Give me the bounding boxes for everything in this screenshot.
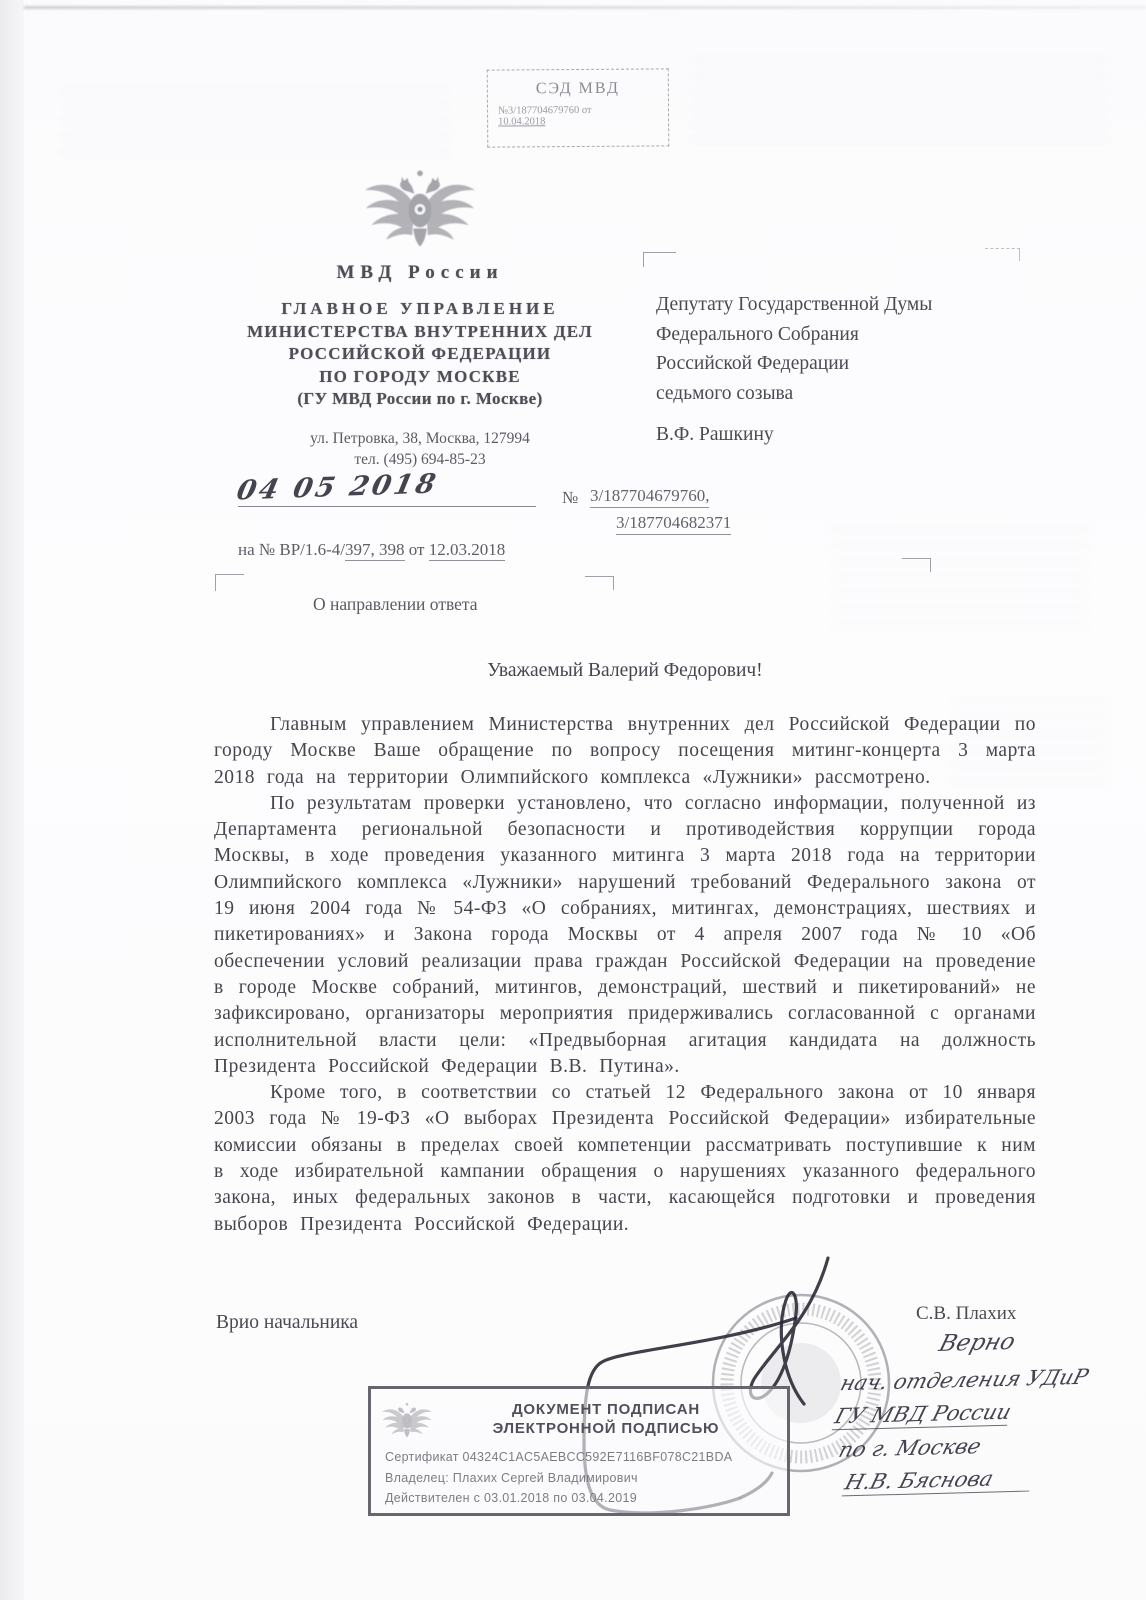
- sed-stamp-date: 10.04.2018: [488, 115, 668, 127]
- scan-edge-strip: [0, 0, 24, 1600]
- recipient-line: Федерального Собрания: [656, 320, 1016, 350]
- esign-title: ДОКУМЕНТ ПОДПИСАН ЭЛЕКТРОННОЙ ПОДПИСЬЮ: [435, 1400, 777, 1438]
- reply-ot: от: [405, 540, 429, 559]
- outgoing-number-1: 3/187704679760,: [590, 486, 709, 508]
- sed-registration-stamp: СЭД МВД №3/187704679760 от 10.04.2018: [487, 68, 670, 147]
- recipient-line: седьмого созыва: [656, 379, 1016, 409]
- reply-to-reference: на № ВР/1.6-4/397, 398 от 12.03.2018: [238, 540, 505, 560]
- esign-owner: Владелец: Плахих Сергей Владимирович: [385, 1468, 777, 1489]
- mvd-eagle-emblem-icon: [358, 158, 482, 254]
- letterhead-line: (ГУ МВД России по г. Москве): [200, 388, 640, 411]
- letterhead-line: РОССИЙСКОЙ ФЕДЕРАЦИИ: [200, 343, 640, 366]
- corner-mark: [643, 252, 676, 267]
- handwritten-date-field: 04 05 2018: [238, 472, 536, 507]
- outgoing-number-label: №: [562, 488, 578, 508]
- handwritten-note-line: ГУ МВД России: [832, 1400, 1014, 1431]
- signer-name: С.В. Плахих: [916, 1303, 1016, 1325]
- esign-certificate: Сертификат 04324C1AC5AEBCC592E7116BF078C…: [385, 1447, 777, 1468]
- bleedthrough-smudge: [60, 88, 450, 158]
- corner-mark: [902, 558, 931, 572]
- esign-title-line1: ДОКУМЕНТ ПОДПИСАН: [435, 1400, 777, 1419]
- recipient-line: Российской Федерации: [656, 349, 1016, 379]
- body-paragraph-3: Кроме того, в соответствии со статьей 12…: [214, 1080, 1036, 1238]
- reply-prefix: на № ВР/1.6-4/: [238, 540, 345, 559]
- outgoing-number-2: 3/187704682371: [616, 513, 731, 535]
- sed-stamp-title: СЭД МВД: [488, 79, 668, 98]
- letterhead-line: ПО ГОРОДУ МОСКВЕ: [200, 366, 640, 389]
- reply-numbers: 397, 398: [345, 540, 405, 561]
- letterhead-phone: тел. (495) 694-85-23: [200, 449, 640, 470]
- esign-details: Сертификат 04324C1AC5AEBCC592E7116BF078C…: [371, 1443, 787, 1509]
- letter-body: Главным управлением Министерства внутрен…: [214, 712, 1036, 1238]
- electronic-signature-box: ДОКУМЕНТ ПОДПИСАН ЭЛЕКТРОННОЙ ПОДПИСЬЮ С…: [368, 1386, 790, 1516]
- scan-edge-line: [24, 6, 1146, 9]
- bleedthrough-smudge: [830, 528, 1090, 628]
- body-paragraph-1: Главным управлением Министерства внутрен…: [214, 712, 1036, 791]
- handwritten-note-line: по г. Москве: [836, 1434, 984, 1462]
- handwritten-note-signature: Н.В. Бяснова: [842, 1466, 1037, 1497]
- corner-mark: [585, 576, 614, 590]
- recipient-name: В.Ф. Рашкину: [656, 424, 774, 446]
- handwritten-verno: Верно: [936, 1329, 1018, 1357]
- recipient-block: Депутату Государственной Думы Федерально…: [656, 290, 1016, 408]
- body-paragraph-2: По результатам проверки установлено, что…: [214, 791, 1036, 1080]
- bleedthrough-smudge: [690, 58, 1110, 154]
- corner-mark: [985, 248, 1020, 261]
- handwritten-date: 04 05 2018: [234, 469, 441, 507]
- ministry-title: МВД России: [240, 262, 600, 284]
- esign-header: ДОКУМЕНТ ПОДПИСАН ЭЛЕКТРОННОЙ ПОДПИСЬЮ: [371, 1389, 787, 1443]
- letterhead-line: МИНИСТЕРСТВА ВНУТРЕННИХ ДЕЛ: [200, 321, 640, 344]
- letterhead-organization: ГЛАВНОЕ УПРАВЛЕНИЕ МИНИСТЕРСТВА ВНУТРЕНН…: [200, 298, 640, 411]
- subject-line: О направлении ответа: [313, 594, 478, 615]
- reply-date: 12.03.2018: [429, 540, 506, 561]
- signer-position: Врио начальника: [216, 1312, 358, 1334]
- letterhead-contact: ул. Петровка, 38, Москва, 127994 тел. (4…: [200, 428, 640, 470]
- scanned-letter-page: СЭД МВД №3/187704679760 от 10.04.2018 МВ…: [0, 0, 1146, 1600]
- esign-title-line2: ЭЛЕКТРОННОЙ ПОДПИСЬЮ: [435, 1419, 777, 1438]
- esign-validity: Действителен с 03.01.2018 по 03.04.2019: [385, 1488, 777, 1509]
- mvd-eagle-emblem-icon: [379, 1397, 435, 1441]
- recipient-line: Депутату Государственной Думы: [656, 290, 1016, 320]
- corner-mark: [215, 574, 244, 591]
- salutation: Уважаемый Валерий Федорович!: [215, 660, 1035, 682]
- letterhead-address: ул. Петровка, 38, Москва, 127994: [200, 428, 640, 449]
- letterhead-line: ГЛАВНОЕ УПРАВЛЕНИЕ: [200, 298, 640, 321]
